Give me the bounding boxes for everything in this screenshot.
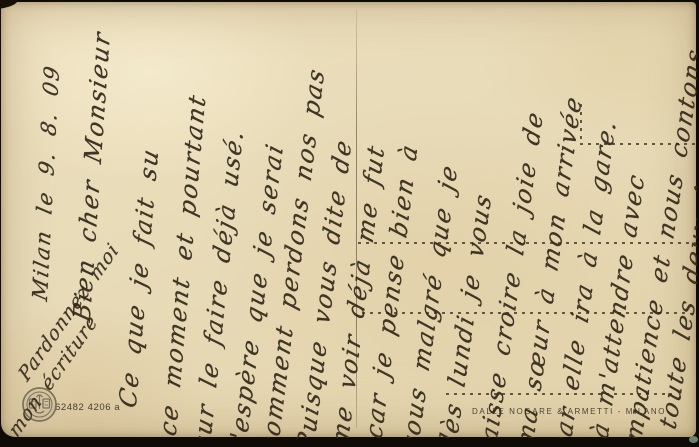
handwriting-line-3: Ce que je fait su — [116, 145, 162, 410]
scan-corner-speck — [689, 436, 698, 443]
scan-edge-top — [0, 0, 699, 2]
handwriting-layer: Milan le 9. 8. 09 Bien cher Monsieur Ce … — [0, 0, 697, 438]
handwriting-line-1: Milan le 9. 8. 09 — [30, 63, 63, 303]
